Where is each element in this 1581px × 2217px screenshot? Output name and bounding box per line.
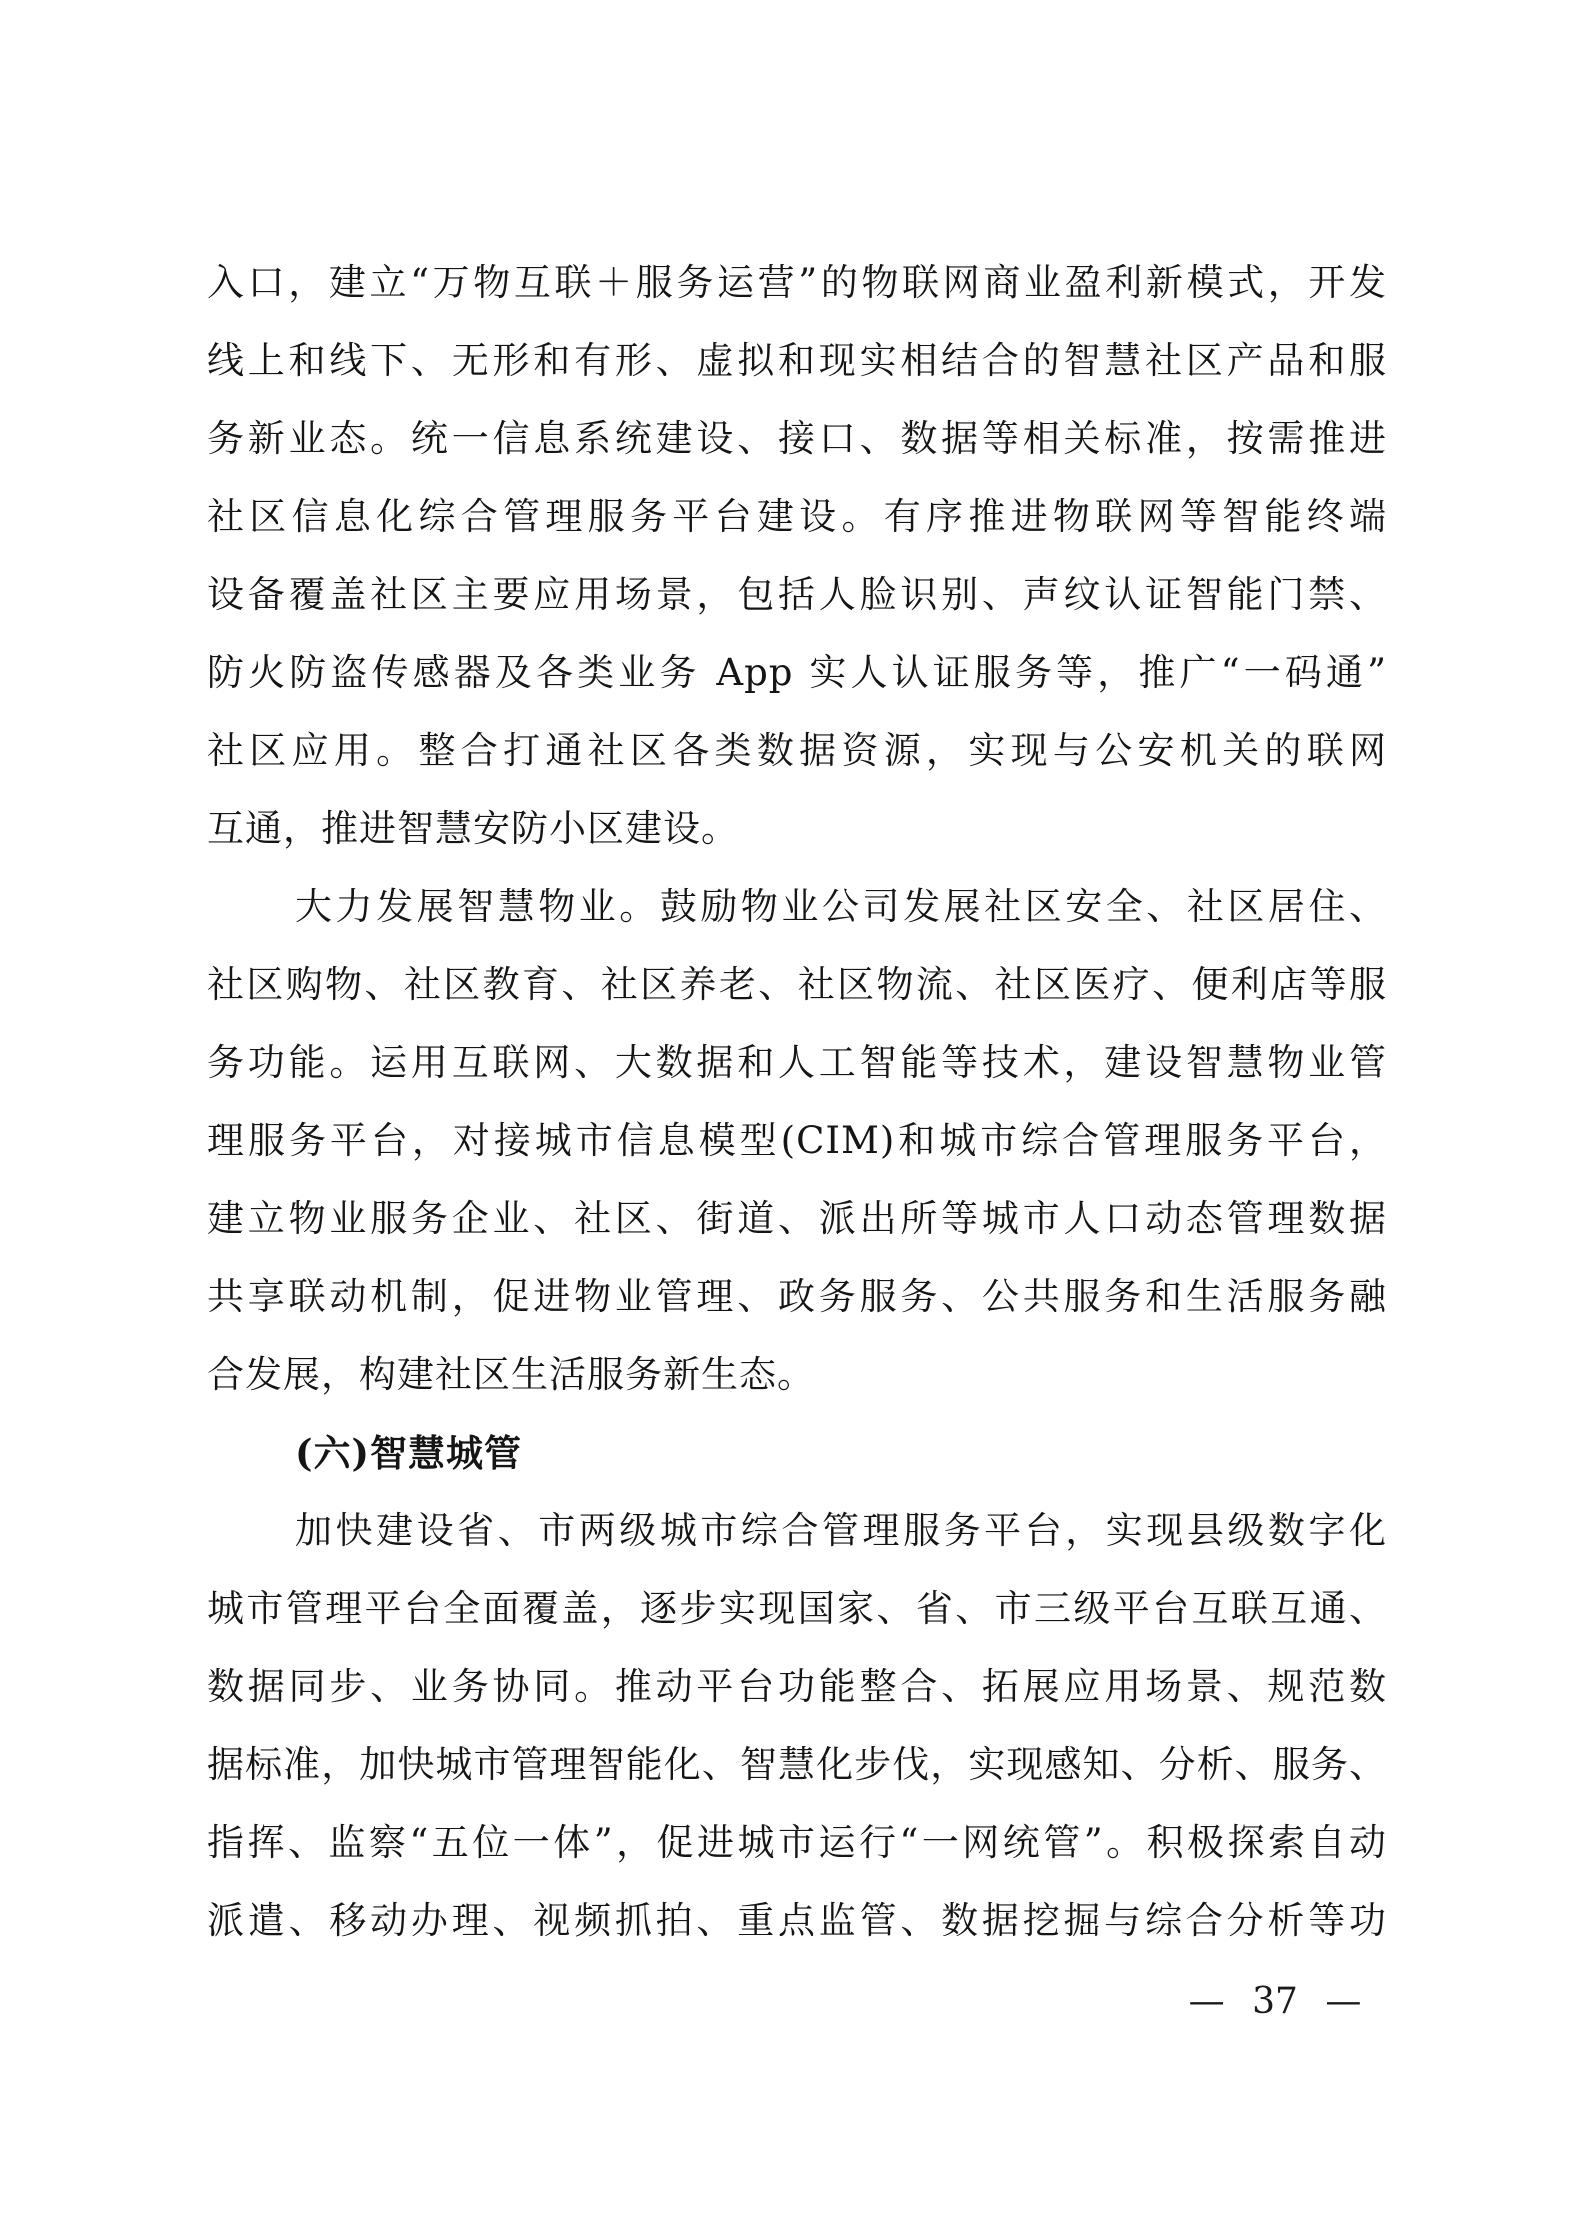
- text-line: 派遣、移动办理、视频抓拍、重点监管、数据挖掘与综合分析等功: [207, 1882, 1387, 1960]
- text-line: 社区应用。整合打通社区各类数据资源，实现与公安机关的联网: [207, 712, 1387, 790]
- text-line: 共享联动机制，促进物业管理、政务服务、公共服务和生活服务融: [207, 1258, 1387, 1336]
- text-line: 据标准，加快城市管理智能化、智慧化步伐，实现感知、分析、服务、: [207, 1726, 1387, 1804]
- text-line: 入口，建立“万物互联＋服务运营”的物联网商业盈利新模式，开发: [207, 244, 1387, 322]
- section-heading-smart-city-management: (六)智慧城管: [207, 1414, 1387, 1492]
- text-line: 数据同步、业务协同。推动平台功能整合、拓展应用场景、规范数: [207, 1648, 1387, 1726]
- text-line: 务新业态。统一信息系统建设、接口、数据等相关标准，按需推进: [207, 400, 1387, 478]
- paragraph-end-line: 合发展，构建社区生活服务新生态。: [207, 1336, 1387, 1414]
- text-line: 社区信息化综合管理服务平台建设。有序推进物联网等智能终端: [207, 478, 1387, 556]
- document-page: 入口，建立“万物互联＋服务运营”的物联网商业盈利新模式，开发 线上和线下、无形和…: [0, 0, 1581, 2217]
- paragraph-end-line: 互通，推进智慧安防小区建设。: [207, 790, 1387, 868]
- paragraph-start-line: 大力发展智慧物业。鼓励物业公司发展社区安全、社区居住、: [207, 868, 1387, 946]
- text-line: 指挥、监察“五位一体”，促进城市运行“一网统管”。积极探索自动: [207, 1804, 1387, 1882]
- paragraph-start-line: 加快建设省、市两级城市综合管理服务平台，实现县级数字化: [207, 1492, 1387, 1570]
- text-line: 城市管理平台全面覆盖，逐步实现国家、省、市三级平台互联互通、: [207, 1570, 1387, 1648]
- text-line: 防火防盗传感器及各类业务 App 实人认证服务等，推广“一码通”: [207, 634, 1387, 712]
- text-line: 务功能。运用互联网、大数据和人工智能等技术，建设智慧物业管: [207, 1024, 1387, 1102]
- text-line: 建立物业服务企业、社区、街道、派出所等城市人口动态管理数据: [207, 1180, 1387, 1258]
- text-line: 理服务平台，对接城市信息模型(CIM)和城市综合管理服务平台，: [207, 1102, 1387, 1180]
- document-text-block: 入口，建立“万物互联＋服务运营”的物联网商业盈利新模式，开发 线上和线下、无形和…: [207, 244, 1387, 1960]
- text-line: 社区购物、社区教育、社区养老、社区物流、社区医疗、便利店等服: [207, 946, 1387, 1024]
- text-line: 线上和线下、无形和有形、虚拟和现实相结合的智慧社区产品和服: [207, 322, 1387, 400]
- page-number: — 37 —: [1160, 1972, 1390, 2032]
- text-line: 设备覆盖社区主要应用场景，包括人脸识别、声纹认证智能门禁、: [207, 556, 1387, 634]
